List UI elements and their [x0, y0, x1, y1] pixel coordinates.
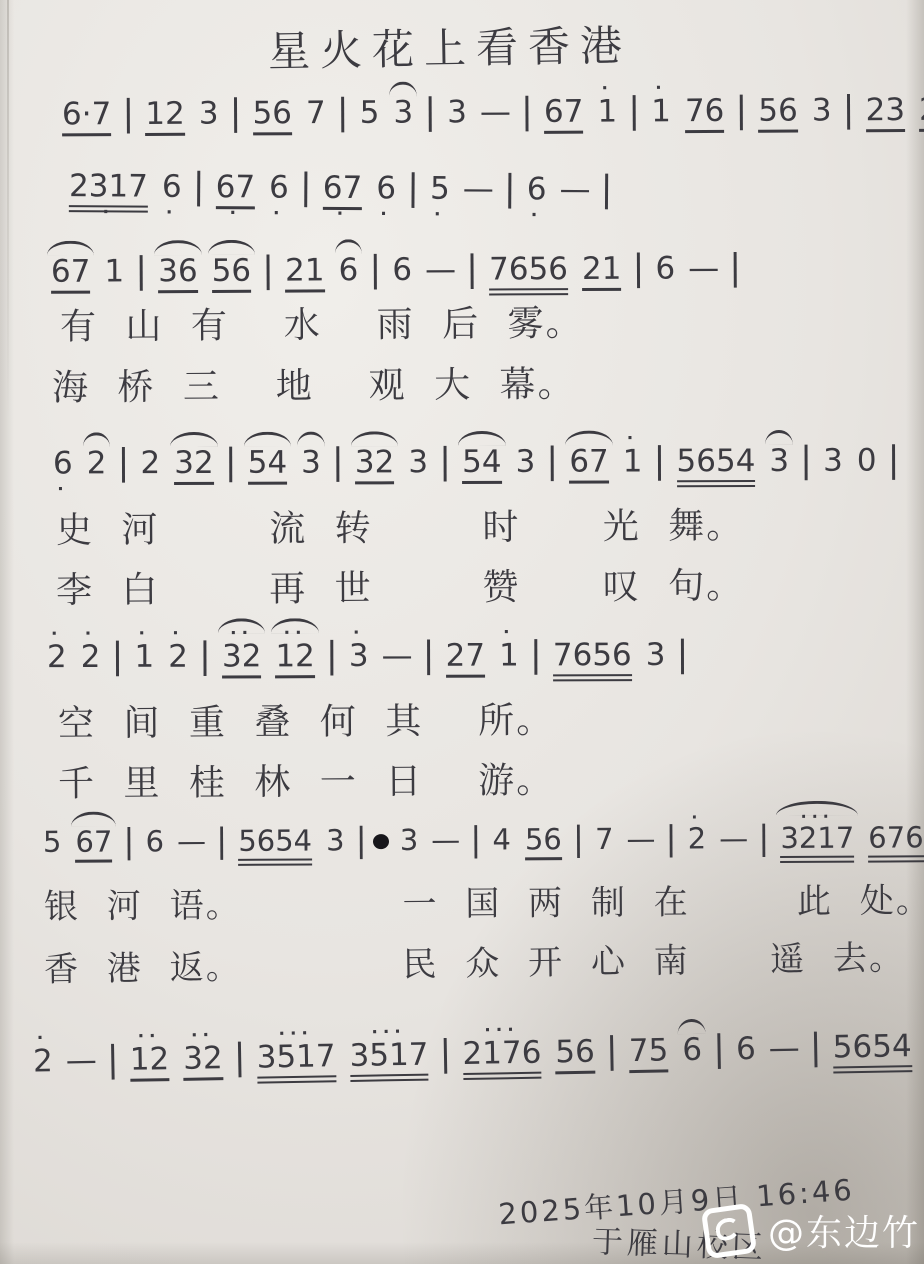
notation-token: 5654: [676, 443, 755, 487]
barline: |: [628, 90, 640, 131]
notation-token: 12··: [129, 1041, 169, 1082]
notation-token: 0: [857, 443, 877, 480]
octave-dot-below: ·: [323, 206, 363, 223]
barline: |: [632, 248, 644, 289]
octave-dot-below: ·: [162, 205, 182, 222]
notation-token: 7: [595, 822, 614, 857]
notation-token: 3: [326, 823, 345, 858]
notation-token: 6·: [53, 445, 73, 482]
notation-token: 3: [812, 92, 832, 129]
notation-token: —: [688, 250, 719, 286]
notation-token: 3: [393, 95, 413, 132]
notation-token: 5·: [430, 171, 450, 208]
barline: |: [262, 250, 274, 291]
barline: |: [439, 441, 451, 482]
notation-token: 23: [919, 92, 924, 132]
notation-token: 67: [51, 254, 91, 294]
barline: |: [729, 247, 741, 288]
notation-token: 1·: [597, 93, 617, 130]
barline: |: [521, 91, 533, 132]
slur-arc: [297, 432, 325, 447]
notation-token: —: [768, 1030, 800, 1067]
notation-token: 56: [525, 822, 562, 860]
barline: |: [106, 1039, 119, 1080]
octave-dot-above: ·: [623, 431, 643, 448]
notation-token: 6: [736, 1031, 756, 1069]
notation-token: 3: [515, 444, 535, 481]
notation-token: 2·: [81, 639, 101, 676]
slur-arc: [765, 430, 793, 445]
slur-arc: [389, 82, 417, 97]
notation-token: 2: [140, 445, 160, 482]
notation-token: 56: [212, 253, 252, 293]
octave-dot-above: ··: [183, 1027, 223, 1045]
notation-token: 5: [43, 825, 62, 860]
slur-arc: [334, 239, 362, 254]
barline: |: [504, 168, 516, 209]
octave-dot-below: ·: [430, 207, 450, 224]
barline: |: [439, 1033, 452, 1074]
octave-dot-above: ·: [597, 81, 617, 98]
notation-token: 6·7: [62, 96, 112, 136]
notation-token: 3·: [349, 638, 369, 675]
lyrics-line-3: 史 河 流 转 时 光 舞。: [56, 498, 745, 554]
barline: |: [135, 250, 147, 291]
barline: |: [233, 1037, 246, 1078]
lyrics-line-1: 有 山 有 水 雨 后 雾。: [60, 295, 584, 350]
notation-token: 21: [582, 251, 622, 291]
slur-arc: [244, 432, 292, 447]
notation-line-4: 6·2|232|543|323|543|671·|56543|30|: [46, 439, 904, 490]
notation-token: 7656: [489, 251, 568, 296]
barline: |: [225, 442, 237, 483]
octave-dot-above: ·: [688, 809, 707, 825]
notation-token: 3517···: [349, 1037, 429, 1083]
notation-token: 2·: [47, 639, 67, 676]
octave-dot-above: ··: [222, 626, 262, 643]
barline: |: [466, 249, 478, 290]
barline: |: [676, 634, 688, 675]
octave-dot-above: ···: [462, 1022, 541, 1040]
notation-token: 6·: [376, 170, 396, 207]
octave-dot-above: ···: [349, 1024, 428, 1042]
notation-token: 6·: [162, 169, 182, 206]
paper-sheet: 星火花上看香港 6·7|123|567|53|3—|671·|1·76|563|…: [0, 0, 924, 1264]
notation-token: 1·: [134, 639, 154, 676]
barline: |: [332, 441, 344, 482]
notation-token: 2·: [33, 1043, 53, 1081]
notation-token: 3: [301, 445, 321, 482]
lyrics-line-4: 李 白 再 世 赞 叹 句。: [56, 558, 745, 614]
notation-token: —: [480, 94, 511, 130]
notation-token: 5: [360, 95, 380, 132]
notation-token: —: [65, 1042, 97, 1079]
notation-token: —: [177, 824, 206, 858]
notation-token: 6: [338, 252, 358, 289]
barline: |: [123, 821, 134, 860]
notation-token: 56: [758, 93, 798, 133]
octave-dot-below: ·: [53, 482, 73, 499]
octave-dot-above: ·: [33, 1030, 53, 1047]
octave-dot-above: ·: [81, 626, 101, 643]
notation-token: 6: [146, 824, 165, 859]
notation-token: 32··: [222, 638, 262, 678]
notation-token: 27: [446, 638, 486, 678]
octave-dot-above: ·: [168, 626, 188, 643]
notation-token: —: [463, 171, 494, 207]
barline: |: [193, 166, 205, 207]
slur-arc: [71, 812, 116, 827]
slur-arc: [154, 240, 202, 255]
notation-token: 54: [248, 445, 288, 485]
barline: |: [888, 440, 900, 481]
barline: |: [229, 92, 241, 133]
notation-token: 6: [682, 1032, 702, 1070]
notation-token: 1·: [651, 93, 671, 130]
watermark: @东边竹: [704, 1205, 920, 1256]
barline: |: [122, 93, 134, 134]
octave-dot-below: ·: [215, 205, 255, 222]
barline: |: [530, 634, 542, 675]
barline: |: [800, 440, 812, 481]
notation-token: 2317·: [69, 168, 148, 213]
notation-token: 3517···: [256, 1038, 336, 1084]
notation-token: 3: [408, 444, 428, 481]
octave-dot-above: ···: [780, 809, 854, 825]
barline: |: [605, 1030, 618, 1071]
notation-line-2: 2317·6·|67·6·|67·6·|5·—|6·—|: [62, 164, 617, 216]
watermark-text: @东边竹: [768, 1205, 920, 1256]
octave-dot-above: ·: [47, 626, 67, 643]
barline: |: [735, 90, 747, 131]
barline: |: [199, 636, 211, 677]
barline: |: [842, 89, 854, 130]
notation-token: 12··: [275, 638, 315, 678]
octave-dot-above: ·: [651, 80, 671, 97]
notation-token: 21: [285, 252, 325, 292]
barline: |: [809, 1027, 822, 1068]
barline: |: [300, 167, 312, 208]
slur-arc: [565, 431, 613, 446]
notation-line-7: 2·—|12··32··|3517···3517···|2176···56|75…: [26, 1020, 924, 1087]
slur-arc: [678, 1019, 706, 1034]
barline: |: [216, 821, 227, 860]
notation-token: 7: [306, 95, 326, 132]
barline: |: [424, 91, 436, 132]
notation-token: 3: [400, 823, 419, 858]
notation-token: —: [382, 638, 413, 674]
slur-arc: [170, 432, 218, 447]
lyrics-line-7: 银 河 语。 一 国 两 制 在 此 处。: [44, 873, 924, 928]
notation-token: 3: [646, 637, 666, 674]
octave-dot-below: ·: [269, 206, 289, 223]
octave-dot-above: ·: [499, 625, 519, 642]
notation-token: 32: [174, 445, 214, 485]
notation-token: 2176···: [462, 1035, 542, 1081]
notation-token: 56: [252, 95, 292, 135]
notation-token: 6: [392, 252, 412, 289]
notation-token: 3: [823, 443, 843, 480]
notation-token: 76: [685, 93, 725, 133]
notation-token: 7656: [553, 637, 632, 681]
notation-token: —: [431, 823, 460, 857]
notation-token: 6·: [269, 170, 289, 207]
notation-token: 2·: [168, 639, 188, 676]
notation-token: 12: [145, 96, 185, 136]
barline: |: [326, 635, 338, 676]
lyrics-line-8: 香 港 返。 民 众 开 心 南 遥 去。: [44, 930, 906, 991]
notation-token: —: [719, 821, 748, 855]
octave-dot-below: ·: [376, 207, 396, 224]
octave-dot-above: ··: [275, 625, 315, 642]
notation-token: 36: [158, 253, 198, 293]
barline: |: [470, 820, 481, 859]
barline: |: [355, 820, 366, 859]
barline: |: [573, 819, 584, 858]
song-title: 星火花上看香港: [268, 13, 633, 79]
notation-token: 2·: [688, 821, 707, 856]
notation-line-5: 2·2·|1·2·|32··12··|3·—|271·|76563|: [40, 633, 693, 683]
notation-token: 6: [655, 251, 675, 288]
notation-token: 67: [569, 444, 609, 484]
notation-token: 67·: [323, 170, 363, 210]
notation-token: 3217···: [780, 821, 854, 863]
slur-arc: [351, 431, 399, 446]
notation-token: 67: [75, 825, 112, 863]
barline: |: [600, 169, 612, 210]
lyrics-line-5: 空 间 重 叠 何 其 所。: [58, 692, 554, 746]
barline: |: [111, 636, 123, 677]
barline: |: [653, 440, 665, 481]
notation-token: 6765: [868, 820, 924, 862]
notation-token: 3: [199, 96, 219, 133]
octave-dot-above: ··: [129, 1028, 169, 1046]
barline: |: [369, 249, 381, 290]
notation-token: 54: [462, 444, 502, 484]
slur-arc: [83, 432, 111, 447]
barline: |: [117, 442, 129, 483]
notation-line-3: 671|3656|216|6—|765621|6—|: [44, 246, 745, 298]
octave-dot-above: ···: [256, 1025, 335, 1043]
notation-token: 23: [865, 92, 905, 132]
notation-token: —: [425, 252, 456, 288]
notation-token: —: [626, 822, 655, 856]
notation-token: 6·: [527, 171, 547, 208]
notation-token: 1·: [623, 443, 643, 480]
barline: |: [713, 1028, 726, 1069]
lyrics-line-2: 海 桥 三 地 观 大 幕。: [52, 356, 576, 411]
lyrics-line-6: 千 里 桂 林 一 日 游。: [58, 752, 554, 806]
notation-token: 3: [447, 94, 467, 131]
notation-token: 32: [355, 444, 395, 484]
barline: |: [546, 441, 558, 482]
notation-line-6: 567|6—|56543|3—|456|7—|2·—|3217···6765|6…: [36, 815, 924, 867]
paper-crease: [7, 0, 9, 420]
notation-token: 67: [544, 94, 584, 134]
octave-dot-below: ·: [527, 208, 547, 225]
notation-line-1: 6·7|123|567|53|3—|671·|1·76|563|2323|: [55, 88, 924, 137]
notation-token: —: [559, 172, 590, 208]
barline: |: [758, 818, 769, 857]
watermark-logo-icon: [701, 1202, 757, 1258]
slur-arc: [207, 240, 255, 255]
notation-token: 32··: [183, 1040, 223, 1081]
barline: |: [337, 92, 349, 133]
notation-token: 2: [87, 445, 107, 482]
octave-dot-above: ·: [134, 626, 154, 643]
notation-token: 5654: [238, 823, 312, 865]
notation-token: 1·: [499, 637, 519, 674]
notation-token: 1: [104, 253, 124, 290]
notation-token: 5654: [832, 1028, 912, 1074]
barline: |: [665, 819, 676, 858]
barline: |: [423, 635, 435, 676]
slur-arc: [47, 241, 95, 256]
notation-token: 4: [492, 822, 511, 857]
notation-token: 67·: [216, 169, 256, 209]
octave-dot-below: ·: [69, 204, 148, 222]
slur-arc: [458, 431, 506, 446]
barline: |: [407, 167, 419, 208]
notation-token: 75: [629, 1032, 669, 1073]
notation-token: 3: [769, 443, 789, 480]
octave-dot-above: ·: [349, 625, 369, 642]
notation-token: 56: [555, 1034, 595, 1075]
ink-blot: [373, 834, 389, 849]
